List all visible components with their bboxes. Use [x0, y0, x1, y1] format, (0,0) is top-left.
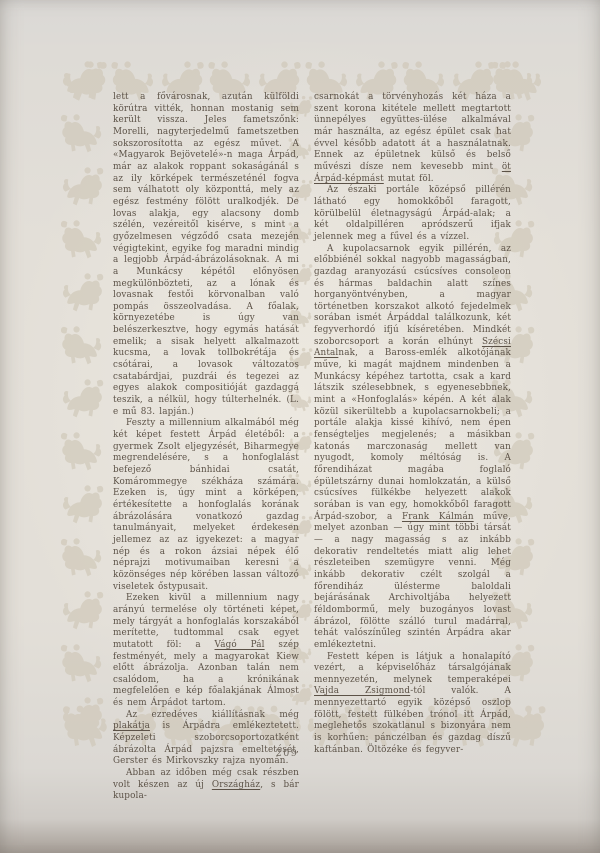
paragraph: Abban az időben még csak részben volt ké…	[113, 768, 299, 803]
page-number: 209	[0, 748, 587, 759]
paragraph: Az északi portále középső pillérén látha…	[314, 185, 511, 243]
scanned-book-page: lett a fővárosnak, azután külföldi körút…	[0, 0, 600, 853]
paragraph: Feszty a millennium alkalmából még két k…	[113, 418, 299, 593]
paragraph: Az ezredéves kiállításnak még plakátja i…	[113, 710, 299, 768]
paragraph: A kupolacsarnok egyik pillérén, az előbb…	[314, 244, 511, 652]
paragraph: lett a fővárosnak, azután külföldi körút…	[113, 92, 299, 418]
text-column-right: csarnokát a törvényhozás két háza a szen…	[314, 92, 511, 756]
text-column-left: lett a fővárosnak, azután külföldi körút…	[113, 92, 299, 803]
paragraph: Festett képen is látjuk a honalapító vez…	[314, 652, 511, 757]
paragraph: Ezeken kivül a millennium nagy arányú te…	[113, 593, 299, 710]
paragraph: csarnokát a törvényhozás két háza a szen…	[314, 92, 511, 185]
